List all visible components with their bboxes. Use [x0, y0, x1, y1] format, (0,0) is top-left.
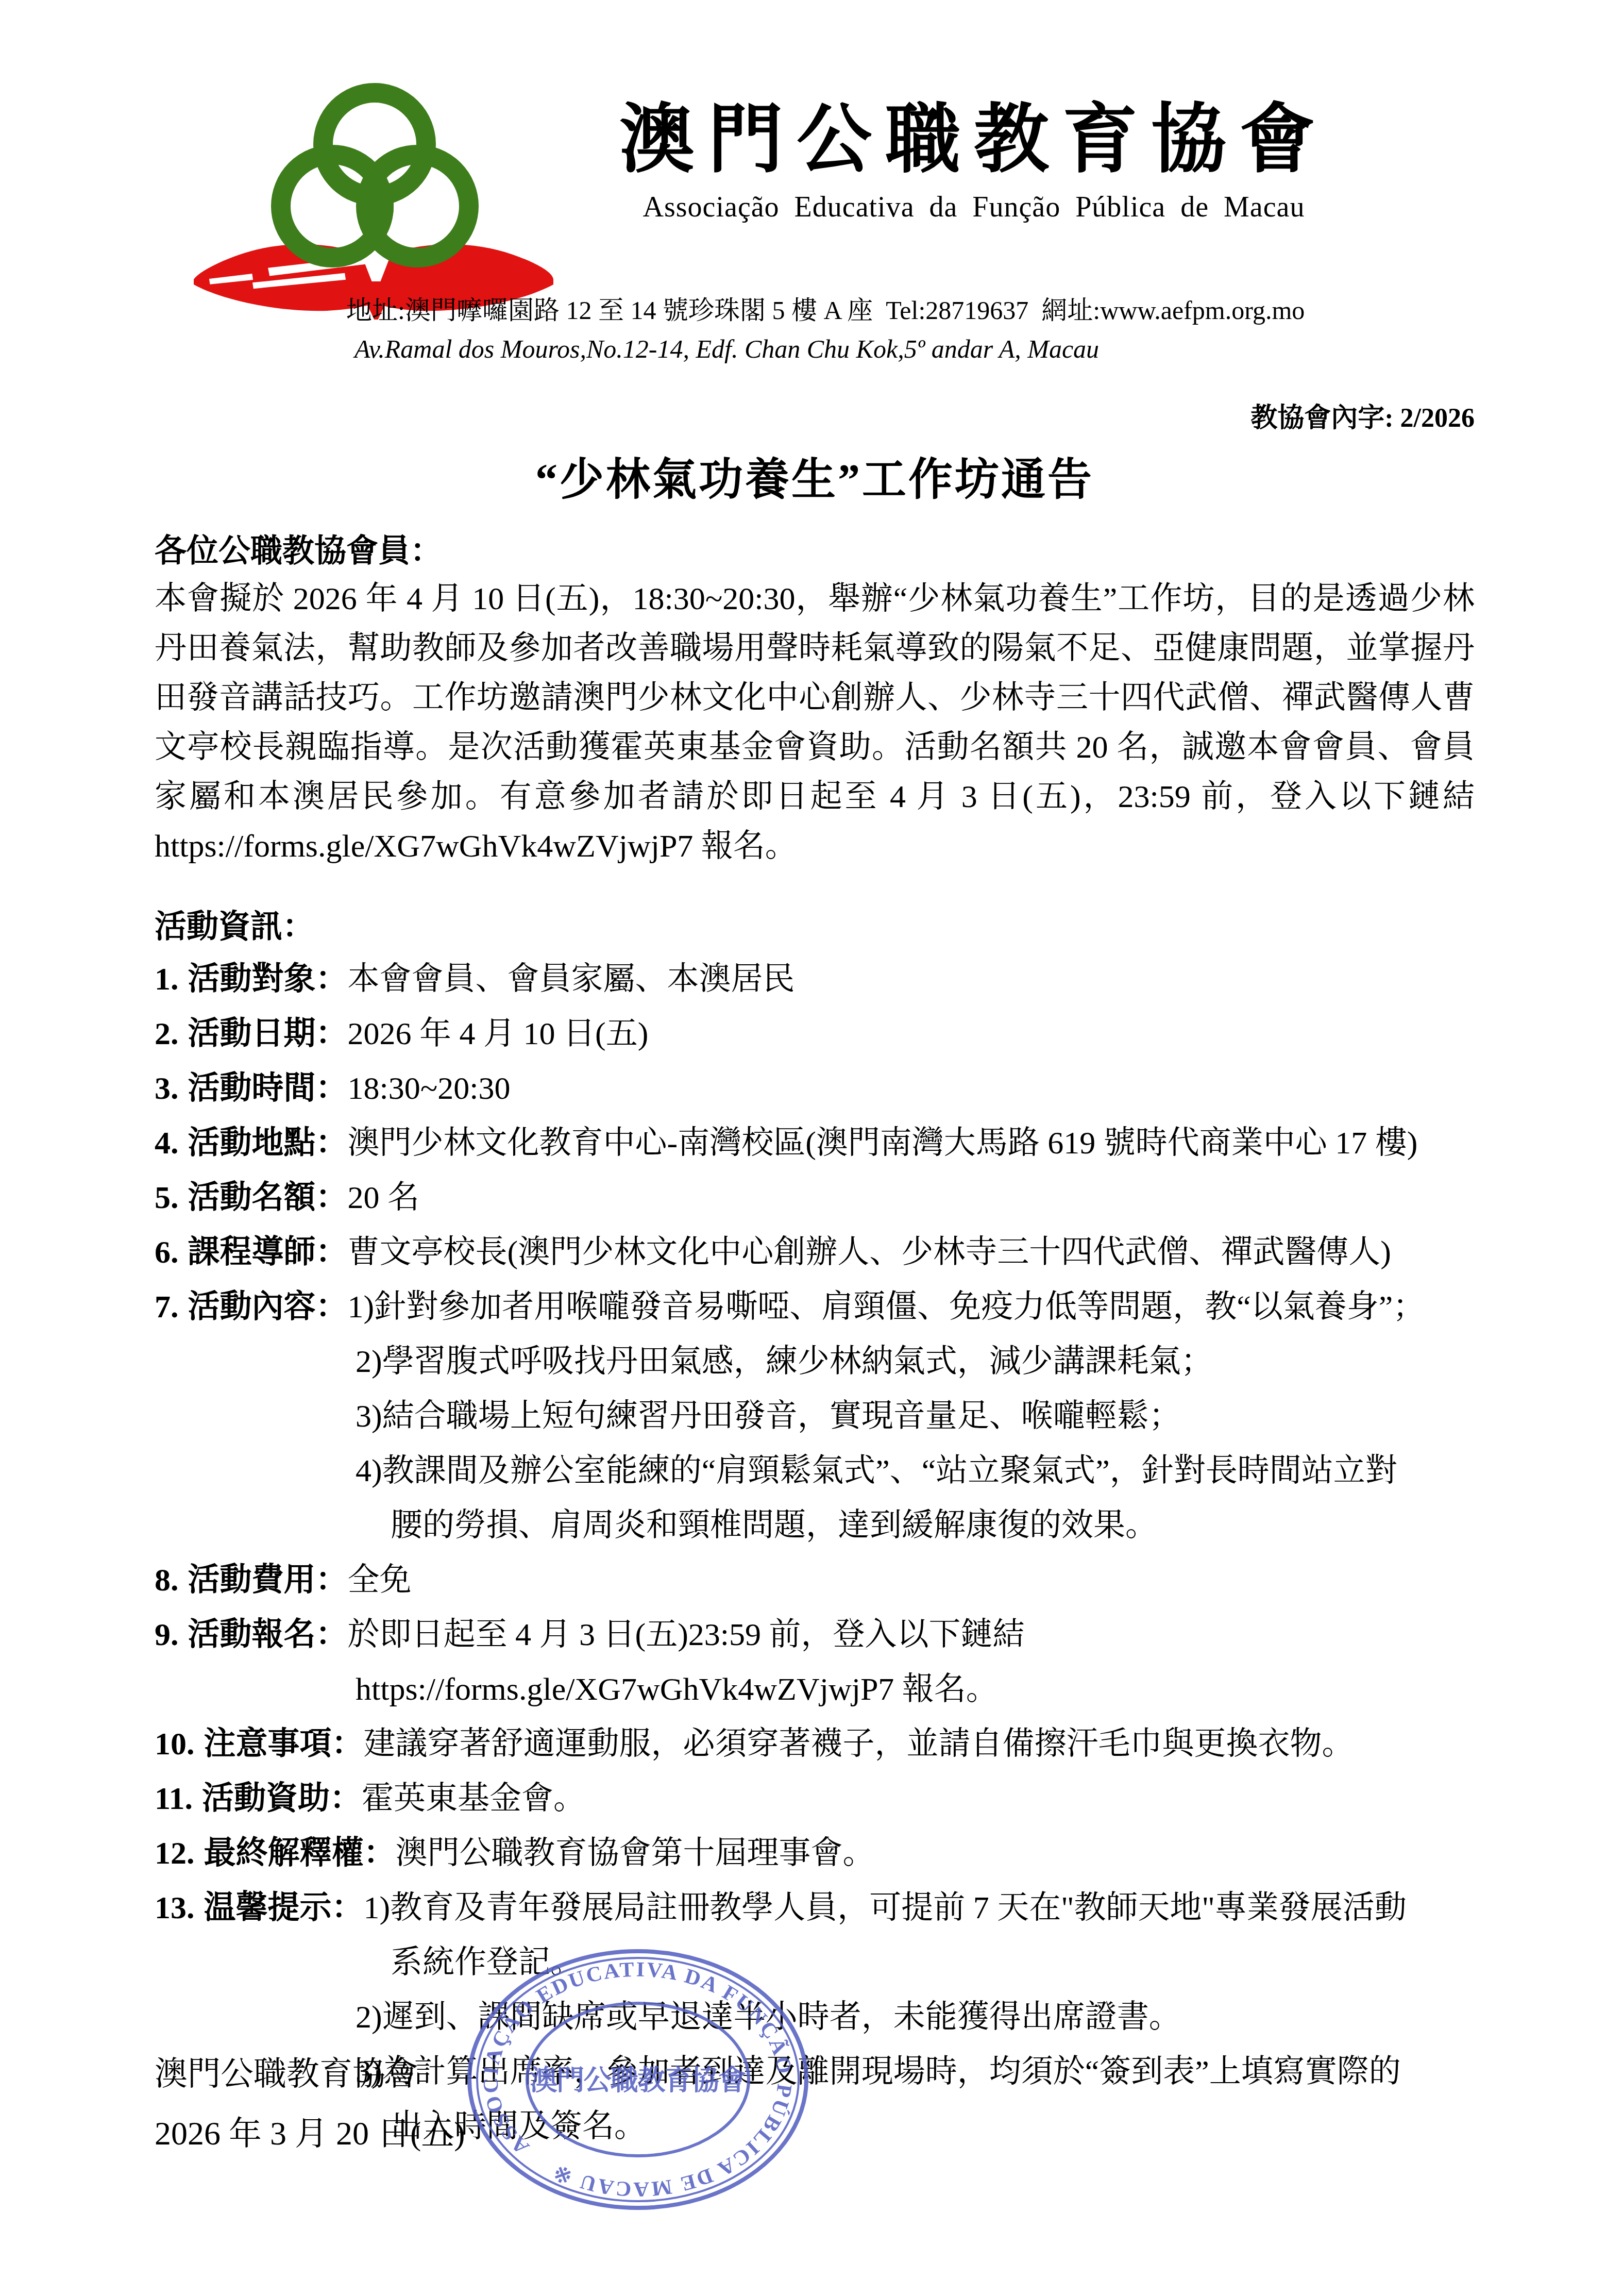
line-number: 5.: [155, 1180, 179, 1215]
line-text: 本會會員、會員家屬、本澳居民: [348, 962, 795, 997]
body-line: 13.温馨提示：1)教育及青年發展局註冊教學人員，可提前 7 天在"教師天地"專…: [155, 1891, 1475, 1925]
body-line: 10.注意事項：建議穿著舒適運動服，必須穿著襪子，並請自備擦汗毛巾與更換衣物。: [155, 1727, 1475, 1761]
body-line: 2.活動日期：2026 年 4 月 10 日(五): [155, 1017, 1475, 1051]
body-line: 系統作登記。: [155, 1946, 1475, 1980]
signoff-org: 澳門公職教育協會: [155, 2057, 465, 2090]
line-label: 活動時間：: [188, 1071, 348, 1106]
signoff: 澳門公職教育協會 2026 年 3 月 20 日(五): [155, 2057, 465, 2150]
line-number: 2.: [155, 1016, 179, 1051]
line-text: 1)針對參加者用喉嚨發音易嘶啞、肩頸僵、免疫力低等問題，教“以氣養身”；: [348, 1289, 1425, 1325]
line-label: 最終解釋權：: [204, 1836, 396, 1871]
body-line: 5.活動名額：20 名: [155, 1181, 1475, 1215]
line-number: 3.: [155, 1071, 179, 1106]
line-text: 18:30~20:30: [348, 1071, 511, 1106]
line-number: 11.: [155, 1781, 193, 1816]
body-line: 1.活動對象：本會會員、會員家屬、本澳居民: [155, 962, 1475, 996]
signoff-date: 2026 年 3 月 20 日(五): [155, 2117, 465, 2150]
line-number: 10.: [155, 1727, 195, 1762]
body-line: 4)教課間及辦公室能練的“肩頸鬆氣式”、“站立聚氣式”，針對長時間站立對: [155, 1454, 1475, 1488]
line-text: 澳門公職教育協會第十屆理事會。: [396, 1836, 875, 1871]
line-text: 20 名: [348, 1180, 420, 1215]
line-label: 活動報名：: [188, 1617, 348, 1652]
line-number: 7.: [155, 1289, 179, 1325]
line-label: 活動對象：: [188, 962, 348, 997]
line-text: 全免: [348, 1563, 412, 1598]
line-label: 活動名額：: [188, 1180, 348, 1215]
line-text: 霍英東基金會。: [362, 1781, 585, 1816]
body-line: 12.最終解釋權：澳門公職教育協會第十屆理事會。: [155, 1836, 1475, 1870]
body-line: 7.活動內容：1)針對參加者用喉嚨發音易嘶啞、肩頸僵、免疫力低等問題，教“以氣養…: [155, 1290, 1475, 1324]
line-text: 於即日起至 4 月 3 日(五)23:59 前，登入以下鏈結: [348, 1617, 1025, 1652]
line-text: 1)教育及青年發展局註冊教學人員，可提前 7 天在"教師天地"專業發展活動: [364, 1890, 1407, 1925]
line-text: 建議穿著舒適運動服，必須穿著襪子，並請自備擦汗毛巾與更換衣物。: [364, 1727, 1354, 1762]
org-name-zh: 澳門公職教育協會: [541, 100, 1407, 179]
org-address-pt: Av.Ramal dos Mouros,No.12-14, Edf. Chan …: [354, 334, 1099, 364]
line-label: 温馨提示：: [204, 1890, 364, 1925]
ref-number: 教協會內字: 2/2026: [155, 396, 1475, 434]
body-line: 腰的勞損、肩周炎和頸椎問題，達到緩解康復的效果。: [155, 1509, 1475, 1543]
intro-paragraph: 本會擬於 2026 年 4 月 10 日(五)，18:30~20:30，舉辦“少…: [155, 574, 1475, 871]
header: 澳門公職教育協會 Associação Educativa da Função …: [541, 100, 1407, 224]
body-line: 3.活動時間：18:30~20:30: [155, 1071, 1475, 1105]
notice-title: “少林氣功養生”工作坊通告: [155, 444, 1475, 508]
line-number: 1.: [155, 962, 179, 997]
line-text: 腰的勞損、肩周炎和頸椎問題，達到緩解康復的效果。: [391, 1508, 1157, 1543]
line-number: 4.: [155, 1126, 179, 1161]
body-line: 11.活動資助：霍英東基金會。: [155, 1782, 1475, 1816]
line-label: 活動地點：: [188, 1126, 348, 1161]
line-text: 2026 年 4 月 10 日(五): [348, 1016, 649, 1051]
line-text: 3)結合職場上短句練習丹田發音，實現音量足、喉嚨輕鬆；: [356, 1399, 1181, 1434]
body-line: 4.活動地點：澳門少林文化教育中心-南灣校區(澳門南灣大馬路 619 號時代商業…: [155, 1126, 1475, 1160]
logo-rings-icon: [281, 93, 469, 258]
line-text: https://forms.gle/XG7wGhVk4wZVjwjP7 報名。: [356, 1672, 998, 1707]
line-number: 6.: [155, 1235, 179, 1270]
line-label: 課程導師：: [188, 1235, 348, 1270]
org-name-pt: Associação Educativa da Função Pública d…: [541, 191, 1407, 224]
body-line: 2)遲到、課間缺席或早退達半小時者，未能獲得出席證書。: [155, 2000, 1475, 2034]
line-text: 4)教課間及辦公室能練的“肩頸鬆氣式”、“站立聚氣式”，針對長時間站立對: [356, 1453, 1397, 1488]
line-text: 2)學習腹式呼吸找丹田氣感，練少林納氣式，減少講課耗氣；: [356, 1344, 1213, 1379]
line-label: 活動內容：: [188, 1289, 348, 1325]
line-number: 13.: [155, 1890, 195, 1925]
activity-info-list: 1.活動對象：本會會員、會員家屬、本澳居民 2.活動日期：2026 年 4 月 …: [155, 962, 1475, 2143]
notice-body: 教協會內字: 2/2026 “少林氣功養生”工作坊通告 各位公職教協會員： 本會…: [155, 396, 1475, 2164]
line-label: 活動日期：: [188, 1016, 348, 1051]
line-label: 注意事項：: [204, 1727, 364, 1762]
line-number: 9.: [155, 1617, 179, 1652]
line-text: 澳門少林文化教育中心-南灣校區(澳門南灣大馬路 619 號時代商業中心 17 樓…: [348, 1126, 1418, 1161]
line-number: 12.: [155, 1836, 195, 1871]
section-heading: 活動資訊：: [155, 901, 1475, 947]
association-logo: [191, 77, 556, 320]
association-stamp: ASSOCIAÇÃO EDUCATIVA DA FUNÇÃO PÚBLICA D…: [465, 1946, 811, 2214]
body-line: 6.課程導師：曹文亭校長(澳門少林文化中心創辦人、少林寺三十四代武僧、禪武醫傳人…: [155, 1235, 1475, 1269]
body-line: 8.活動費用：全免: [155, 1563, 1475, 1597]
stamp-center-text: 澳門公職教育協會: [530, 2065, 746, 2096]
org-address-zh: 地址:澳門嚤囉園路 12 至 14 號珍珠閣 5 樓 A 座 Tel:28719…: [346, 290, 1305, 327]
body-line: 3)結合職場上短句練習丹田發音，實現音量足、喉嚨輕鬆；: [155, 1399, 1475, 1433]
line-text: 曹文亭校長(澳門少林文化中心創辦人、少林寺三十四代武僧、禪武醫傳人): [348, 1235, 1391, 1270]
body-line: 9.活動報名：於即日起至 4 月 3 日(五)23:59 前，登入以下鏈結: [155, 1618, 1475, 1652]
line-label: 活動資助：: [202, 1781, 362, 1816]
body-line: https://forms.gle/XG7wGhVk4wZVjwjP7 報名。: [155, 1672, 1475, 1706]
notice-page: 澳門公職教育協會 Associação Educativa da Função …: [0, 0, 1623, 2296]
body-line: 2)學習腹式呼吸找丹田氣感，練少林納氣式，減少講課耗氣；: [155, 1345, 1475, 1379]
line-label: 活動費用：: [188, 1563, 348, 1598]
line-number: 8.: [155, 1563, 179, 1598]
salutation: 各位公職教協會員：: [155, 525, 1475, 571]
